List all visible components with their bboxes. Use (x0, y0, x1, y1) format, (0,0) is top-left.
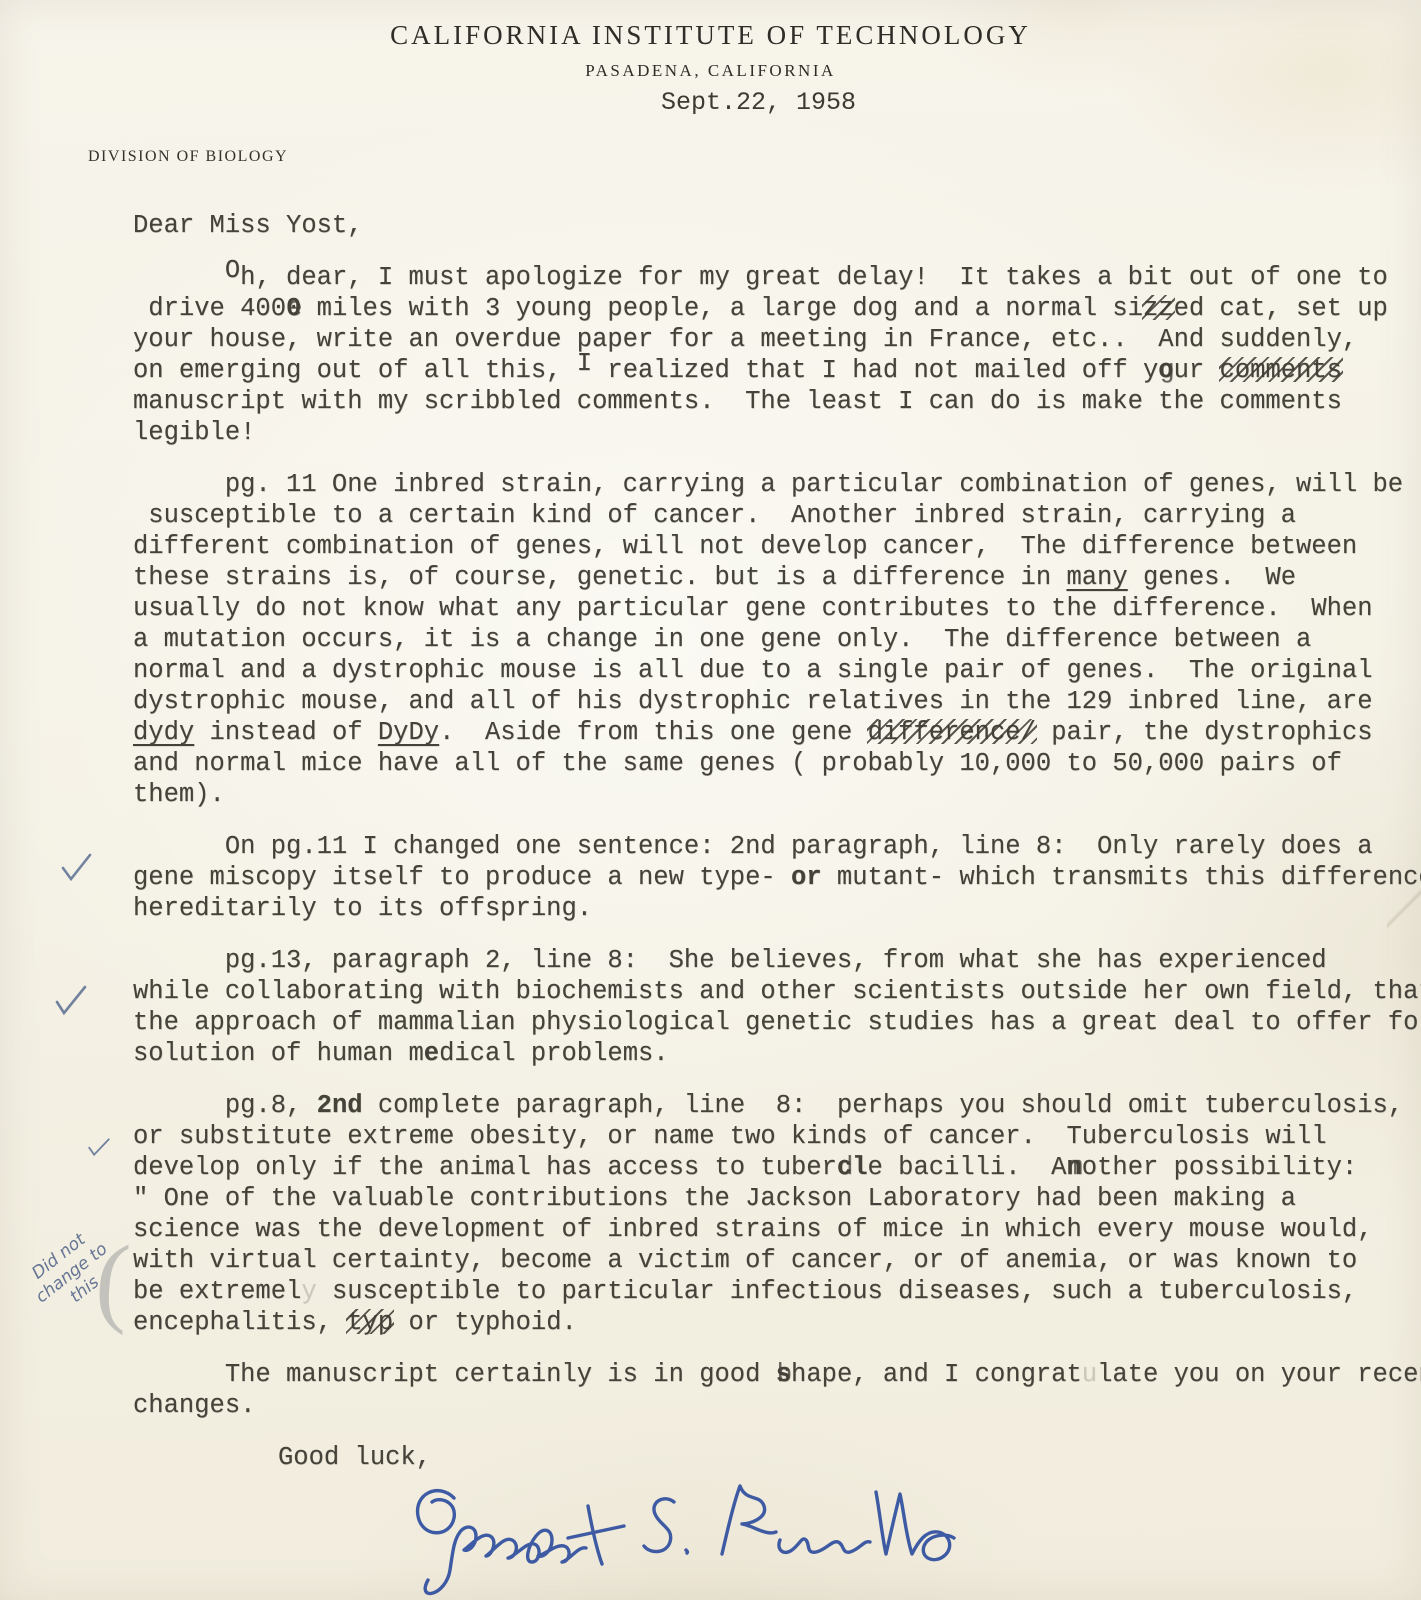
text-line: dystrophic mouse, and all of his dystrop… (133, 686, 1421, 717)
text-segment: ur (1174, 356, 1220, 385)
text-segment (133, 263, 225, 292)
paper-crease (1387, 878, 1421, 942)
text-line: usually do not know what any particular … (133, 593, 1421, 624)
text-segment: y (1143, 356, 1158, 385)
letter-paragraph: Oh, dear, I must apologize for my great … (133, 262, 1421, 448)
text-segment: hereditarily to its offspring. (133, 894, 592, 923)
text-segment: miles with 3 young people, a large dog a… (301, 294, 1143, 323)
text-segment: On pg.11 I changed one sentence: 2nd par… (133, 832, 1373, 861)
text-line: these strains is, of course, genetic. bu… (133, 562, 1421, 593)
text-segment: your house, write an overdue paper for a… (133, 325, 1357, 354)
text-segment: science was the development of inbred st… (133, 1215, 1373, 1244)
text-segment: with virtual certainty, become a victim … (133, 1246, 1357, 1275)
text-segment: develop only if the animal has access to… (133, 1153, 837, 1182)
text-segment: comments (1220, 355, 1342, 386)
salutation: Dear Miss Yost, (133, 210, 1421, 241)
text-segment: s (776, 1359, 791, 1390)
text-segment: o (1158, 355, 1173, 386)
text-segment: . Aside from this one gene (439, 718, 867, 747)
text-line: gene miscopy itself to produce a new typ… (133, 862, 1421, 893)
margin-checkmark-icon (52, 982, 90, 1018)
text-segment: 0 (286, 293, 301, 324)
text-segment: and normal mice have all of the same gen… (133, 749, 1342, 778)
text-segment: cl (837, 1152, 868, 1183)
text-line: legible! (133, 417, 1421, 448)
text-segment: 2nd (317, 1090, 363, 1121)
text-line: On pg.11 I changed one sentence: 2nd par… (133, 831, 1421, 862)
text-line: be extremely susceptible to particular i… (133, 1276, 1421, 1307)
text-segment: many (1066, 563, 1127, 592)
text-segment: or substitute extreme obesity, or name t… (133, 1122, 1327, 1151)
text-segment: on emerging out of all this, (133, 356, 577, 385)
signature (392, 1452, 972, 1600)
text-segment: other possibility: (1082, 1153, 1357, 1182)
text-line: different combination of genes, will not… (133, 531, 1421, 562)
text-segment: drive 400 (133, 294, 286, 323)
text-segment: different combination of genes, will not… (133, 532, 1357, 561)
text-segment: u (1082, 1360, 1097, 1389)
text-segment: usually do not know what any particular … (133, 594, 1373, 623)
text-segment: ed cat, set up (1174, 294, 1388, 323)
text-line: encephalitis, typ or typhoid. (133, 1307, 1421, 1338)
text-line: manuscript with my scribbled comments. T… (133, 386, 1421, 417)
text-segment: complete paragraph, line 8: perhaps you … (363, 1091, 1404, 1120)
text-line: develop only if the animal has access to… (133, 1152, 1421, 1183)
text-segment: hape, and I congrat (791, 1360, 1082, 1389)
text-segment: them). (133, 780, 225, 809)
letterhead-department: DIVISION OF BIOLOGY (88, 148, 288, 166)
text-segment: while collaborating with biochemists and… (133, 977, 1421, 1006)
text-segment: y (301, 1277, 316, 1306)
text-line: solution of human medical problems. (133, 1038, 1421, 1069)
text-segment: dystrophic mouse, and all of his dystrop… (133, 687, 1373, 716)
text-segment: e (424, 1038, 439, 1069)
text-segment: O (225, 255, 240, 286)
letterhead-location: PASADENA, CALIFORNIA (0, 61, 1421, 81)
letter-paragraph: pg.13, paragraph 2, line 8: She believes… (133, 945, 1421, 1069)
text-segment: e bacilli. A (868, 1153, 1067, 1182)
text-segment: pg. 11 One inbred strain, carrying a par… (133, 470, 1403, 499)
text-segment: The manuscript certainly is in good (133, 1360, 776, 1389)
margin-checkmark-icon (58, 850, 96, 884)
text-segment: dydy (133, 718, 194, 747)
text-line: or substitute extreme obesity, or name t… (133, 1121, 1421, 1152)
text-line: a mutation occurs, it is a change in one… (133, 624, 1421, 655)
text-segment: pg.8, (133, 1091, 317, 1120)
text-segment: changes. (133, 1391, 255, 1420)
text-segment: typ (347, 1307, 393, 1338)
text-segment: DyDy (378, 718, 439, 747)
text-segment: realized that I had not mailed off (592, 356, 1143, 385)
letter-paragraph: pg.8, 2nd complete paragraph, line 8: pe… (133, 1090, 1421, 1338)
text-line: susceptible to a certain kind of cancer.… (133, 500, 1421, 531)
text-segment: manuscript with my scribbled comments. T… (133, 387, 1342, 416)
text-segment: susceptible to a certain kind of cancer.… (133, 501, 1296, 530)
text-line: your house, write an overdue paper for a… (133, 324, 1421, 355)
text-segment: genes. We (1128, 563, 1296, 592)
text-line: on emerging out of all this, I realized … (133, 355, 1421, 386)
text-line: science was the development of inbred st… (133, 1214, 1421, 1245)
text-segment: be extremel (133, 1277, 301, 1306)
text-segment: gene miscopy itself to produce a new typ… (133, 863, 791, 892)
text-segment: " One of the valuable contributions the … (133, 1184, 1296, 1213)
letterhead-institution: CALIFORNIA INSTITUTE OF TECHNOLOGY (0, 20, 1421, 51)
letter-page: CALIFORNIA INSTITUTE OF TECHNOLOGY PASAD… (0, 0, 1421, 1600)
text-line: " One of the valuable contributions the … (133, 1183, 1421, 1214)
text-line: with virtual certainty, become a victim … (133, 1245, 1421, 1276)
margin-checkmark-icon (86, 1137, 113, 1158)
text-line: them). (133, 779, 1421, 810)
text-segment: these strains is, of course, genetic. bu… (133, 563, 1066, 592)
text-segment: n (1066, 1152, 1081, 1183)
text-line: dydy instead of DyDy. Aside from this on… (133, 717, 1421, 748)
letter-body: Dear Miss Yost, Oh, dear, I must apologi… (133, 210, 1421, 1473)
letter-paragraph: On pg.11 I changed one sentence: 2nd par… (133, 831, 1421, 924)
text-line: while collaborating with biochemists and… (133, 976, 1421, 1007)
text-segment: a mutation occurs, it is a change in one… (133, 625, 1311, 654)
text-line: hereditarily to its offspring. (133, 893, 1421, 924)
text-segment: or (791, 862, 822, 893)
text-segment: or typhoid. (393, 1308, 577, 1337)
text-line: pg.13, paragraph 2, line 8: She believes… (133, 945, 1421, 976)
paragraphs-container: Oh, dear, I must apologize for my great … (133, 262, 1421, 1421)
text-segment: instead of (194, 718, 378, 747)
text-line: and normal mice have all of the same gen… (133, 748, 1421, 779)
text-segment: difference/ (868, 717, 1036, 748)
letter-paragraph: The manuscript certainly is in good shap… (133, 1359, 1421, 1421)
text-line: The manuscript certainly is in good shap… (133, 1359, 1421, 1390)
text-segment: susceptible to particular infectious dis… (317, 1277, 1358, 1306)
text-line: pg. 11 One inbred strain, carrying a par… (133, 469, 1421, 500)
text-line: the approach of mammalian physiological … (133, 1007, 1421, 1038)
text-segment: the approach of mammalian physiological … (133, 1008, 1421, 1037)
text-segment: h, dear, I must apologize for my great d… (240, 263, 1388, 292)
text-line: drive 4000 miles with 3 young people, a … (133, 293, 1421, 324)
text-segment: normal and a dystrophic mouse is all due… (133, 656, 1373, 685)
text-segment: I (577, 348, 592, 379)
text-line: changes. (133, 1390, 1421, 1421)
letter-paragraph: pg. 11 One inbred strain, carrying a par… (133, 469, 1421, 810)
text-segment: dical problems. (439, 1039, 669, 1068)
text-segment: zz (1143, 293, 1174, 324)
text-segment: pg.13, paragraph 2, line 8: She believes… (133, 946, 1327, 975)
text-segment: late you on your recent (1097, 1360, 1421, 1389)
text-segment: solution of human m (133, 1039, 424, 1068)
text-segment: encephalitis, (133, 1308, 347, 1337)
text-segment: mutant- which transmits this difference (822, 863, 1421, 892)
letter-date: Sept.22, 1958 (48, 88, 1421, 117)
margin-paren-mark: ( (92, 1221, 133, 1338)
text-segment: pair, the dystrophics (1036, 718, 1373, 747)
text-line: pg.8, 2nd complete paragraph, line 8: pe… (133, 1090, 1421, 1121)
text-line: normal and a dystrophic mouse is all due… (133, 655, 1421, 686)
text-segment: legible! (133, 418, 255, 447)
text-line: Oh, dear, I must apologize for my great … (133, 262, 1421, 293)
